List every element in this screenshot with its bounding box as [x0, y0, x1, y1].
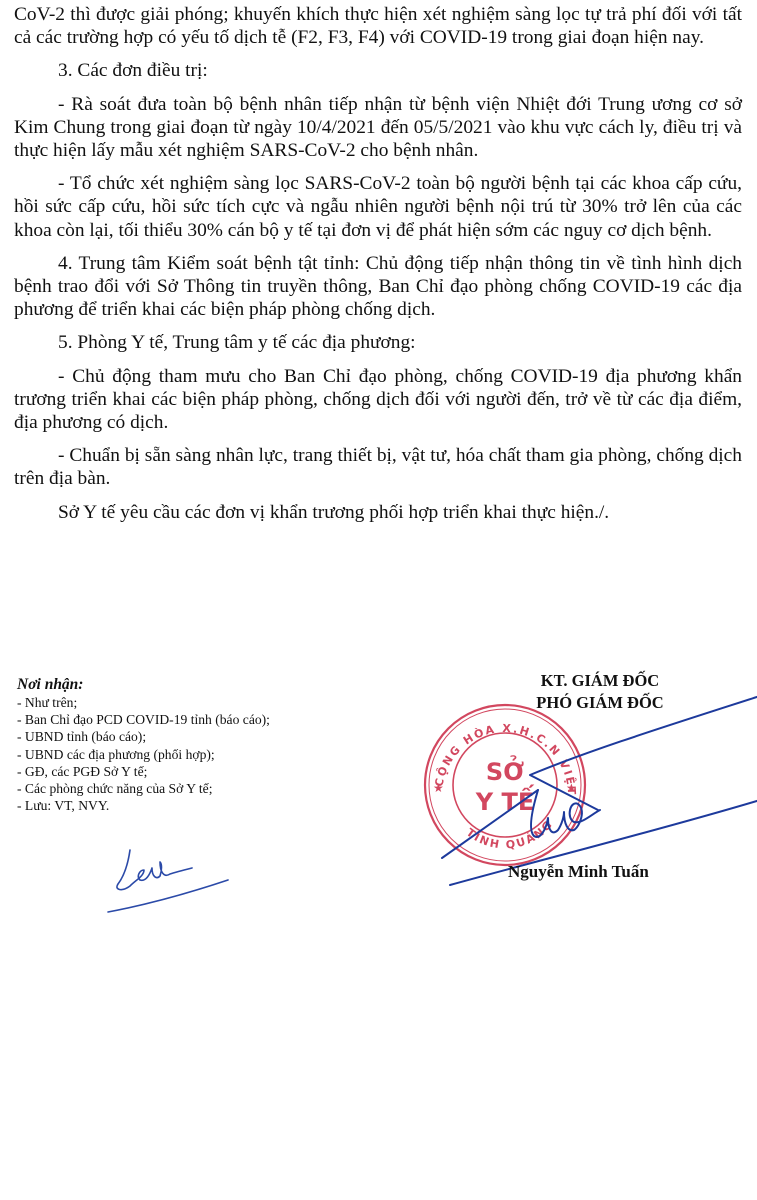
recipient-item: - Ban Chỉ đạo PCD COVID-19 tỉnh (báo cáo…: [17, 711, 397, 728]
recipient-item: - UBND các địa phương (phối hợp);: [17, 746, 397, 763]
document-body: CoV-2 thì được giải phóng; khuyến khích …: [14, 3, 742, 534]
director-signature-icon: [440, 690, 757, 890]
recipient-item: - Như trên;: [17, 694, 397, 711]
section-3-item-2: - Tổ chức xét nghiệm sàng lọc SARS-CoV-2…: [14, 172, 742, 242]
recipient-item: - Lưu: VT, NVY.: [17, 797, 397, 814]
paragraph-continuation: CoV-2 thì được giải phóng; khuyến khích …: [14, 3, 742, 49]
recipients-block: Nơi nhận: - Như trên; - Ban Chỉ đạo PCD …: [17, 675, 397, 814]
closing-request: Sở Y tế yêu cầu các đơn vị khẩn trương p…: [14, 501, 742, 524]
recipient-item: - UBND tỉnh (báo cáo);: [17, 728, 397, 745]
recipients-list: - Như trên; - Ban Chỉ đạo PCD COVID-19 t…: [17, 694, 397, 814]
section-4: 4. Trung tâm Kiểm soát bệnh tật tỉnh: Ch…: [14, 252, 742, 322]
section-5-item-1: - Chủ động tham mưu cho Ban Chỉ đạo phòn…: [14, 365, 742, 435]
signer-name: Nguyễn Minh Tuấn: [508, 862, 649, 882]
section-5-item-2: - Chuẩn bị sẵn sàng nhân lực, trang thiế…: [14, 444, 742, 490]
section-3-item-1: - Rà soát đưa toàn bộ bệnh nhân tiếp nhậ…: [14, 93, 742, 163]
initials-signature-icon: [100, 840, 240, 920]
recipient-item: - Các phòng chức năng của Sở Y tế;: [17, 780, 397, 797]
section-3-heading: 3. Các đơn điều trị:: [14, 59, 742, 82]
signer-title-line1: KT. GIÁM ĐỐC: [480, 670, 720, 692]
section-5-heading: 5. Phòng Y tế, Trung tâm y tế các địa ph…: [14, 331, 742, 354]
recipient-item: - GĐ, các PGĐ Sở Y tế;: [17, 763, 397, 780]
recipients-heading: Nơi nhận:: [17, 675, 397, 694]
